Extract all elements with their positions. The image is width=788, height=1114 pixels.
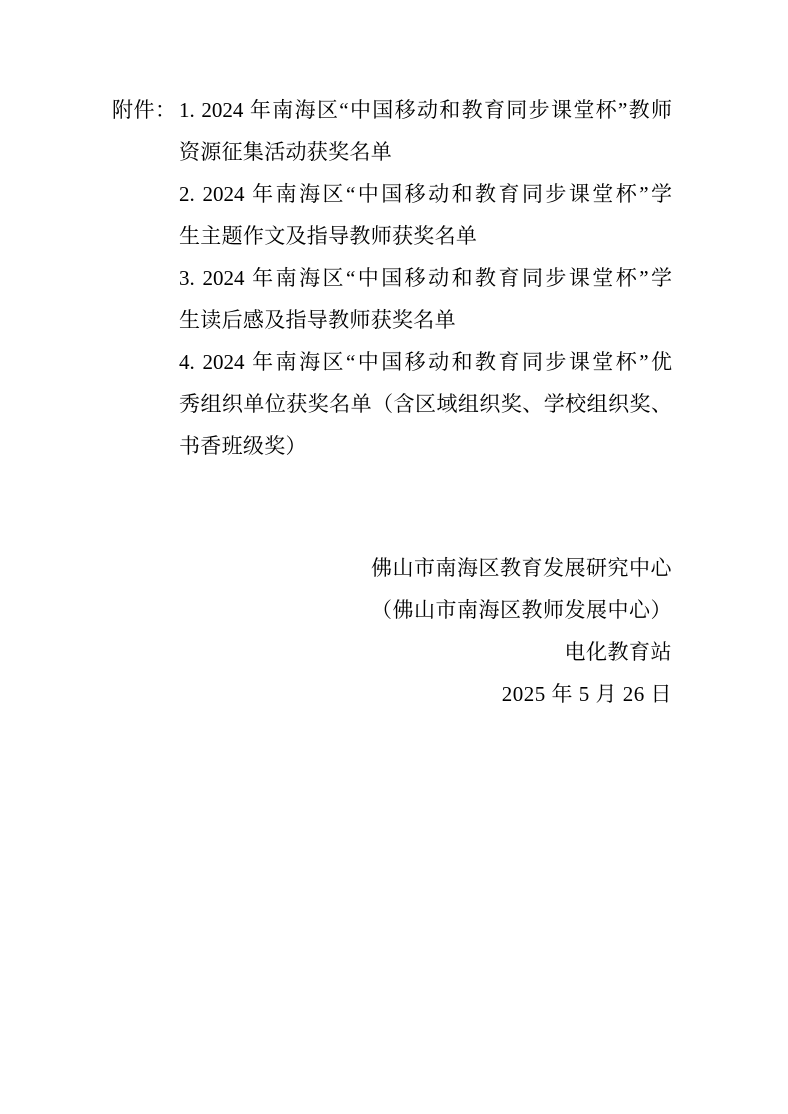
attachment-item-1-line-1: 1. 2024 年南海区“中国移动和教育同步课堂杯”教师 [179, 89, 672, 131]
attachment-item-3-line-1: 3. 2024 年南海区“中国移动和教育同步课堂杯”学 [179, 257, 672, 299]
signature-line-2: （佛山市南海区教师发展中心） [112, 589, 672, 631]
attachment-item-4-line-3: 书香班级奖） [179, 425, 672, 467]
attachment-label: 附件： [112, 89, 179, 131]
attachment-item-4: 4. 2024 年南海区“中国移动和教育同步课堂杯”优秀组织单位获奖名单（含区域… [179, 341, 672, 467]
attachment-item-3-line-2: 生读后感及指导教师获奖名单 [179, 299, 672, 341]
attachment-item-2-line-1: 2. 2024 年南海区“中国移动和教育同步课堂杯”学 [179, 173, 672, 215]
signature-line-1: 佛山市南海区教育发展研究中心 [112, 547, 672, 589]
attachment-item-4-line-1: 4. 2024 年南海区“中国移动和教育同步课堂杯”优 [179, 341, 672, 383]
attachment-item-3: 3. 2024 年南海区“中国移动和教育同步课堂杯”学生读后感及指导教师获奖名单 [179, 257, 672, 341]
attachment-items: 1. 2024 年南海区“中国移动和教育同步课堂杯”教师资源征集活动获奖名单2.… [179, 89, 672, 467]
signature-line-4: 2025 年 5 月 26 日 [112, 673, 672, 715]
attachment-item-2: 2. 2024 年南海区“中国移动和教育同步课堂杯”学生主题作文及指导教师获奖名… [179, 173, 672, 257]
attachment-item-1: 1. 2024 年南海区“中国移动和教育同步课堂杯”教师资源征集活动获奖名单 [179, 89, 672, 173]
signature-block: 佛山市南海区教育发展研究中心（佛山市南海区教师发展中心）电化教育站2025 年 … [112, 547, 672, 715]
attachment-block: 附件： 1. 2024 年南海区“中国移动和教育同步课堂杯”教师资源征集活动获奖… [112, 89, 672, 467]
document-page: 附件： 1. 2024 年南海区“中国移动和教育同步课堂杯”教师资源征集活动获奖… [0, 0, 788, 1114]
attachment-item-2-line-2: 生主题作文及指导教师获奖名单 [179, 215, 672, 257]
signature-line-3: 电化教育站 [112, 631, 672, 673]
attachment-item-1-line-2: 资源征集活动获奖名单 [179, 131, 672, 173]
attachment-item-4-line-2: 秀组织单位获奖名单（含区域组织奖、学校组织奖、 [179, 383, 672, 425]
